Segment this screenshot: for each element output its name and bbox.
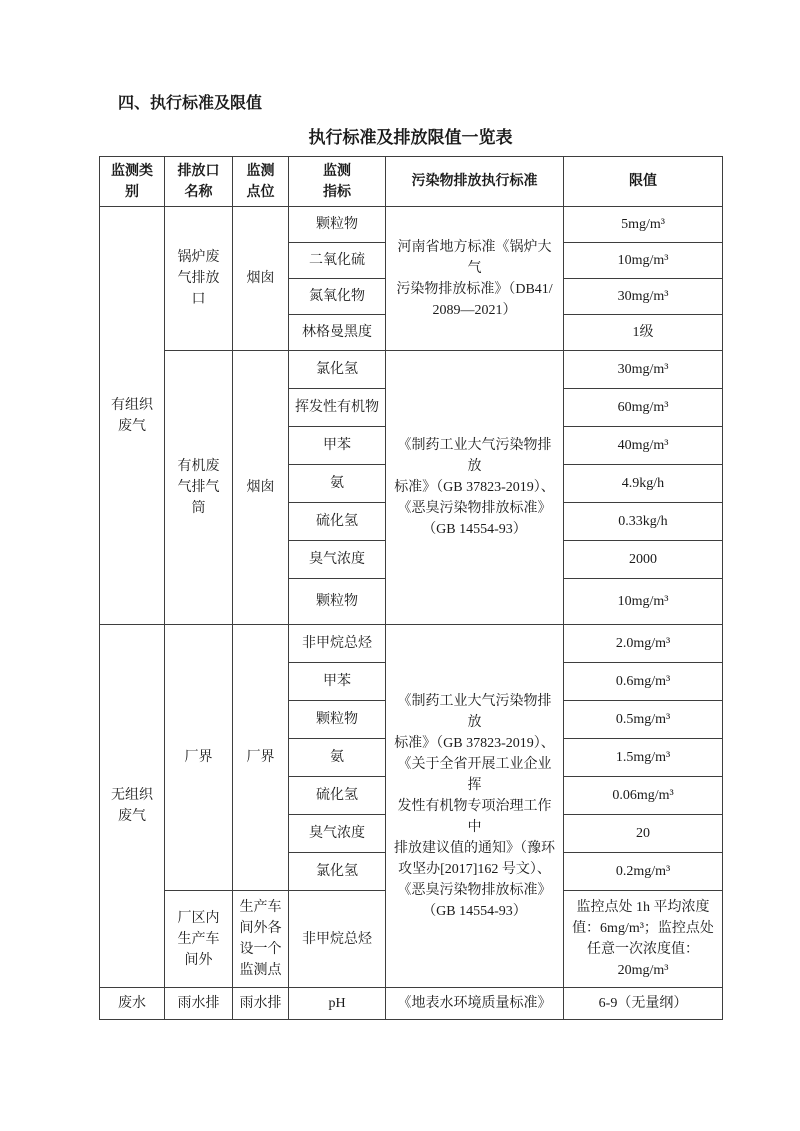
cell-standard: 《地表水环境质量标准》 [386,988,564,1020]
cell-monitor-category: 无组织废气 [100,625,165,988]
cell-indicator: 甲苯 [289,663,386,701]
cell-limit: 60mg/m³ [564,389,723,427]
cell-limit: 0.5mg/m³ [564,701,723,739]
cell-outlet-name: 厂区内生产车间外 [165,891,233,988]
cell-monitor-point: 雨水排 [233,988,289,1020]
cell-indicator: 林格曼黑度 [289,315,386,351]
table-header-row: 监测类 别 排放口 名称 监测 点位 监测 指标 污染物排放执行标准 限值 [100,157,723,207]
cell-indicator: 臭气浓度 [289,815,386,853]
cell-limit: 2000 [564,541,723,579]
cell-monitor-point: 生产车间外各设一个监测点 [233,891,289,988]
cell-monitor-category: 废水 [100,988,165,1020]
cell-monitor-point: 厂界 [233,625,289,891]
cell-standard: 河南省地方标准《锅炉大气 污染物排放标准》（DB41/ 2089—2021） [386,207,564,351]
cell-limit: 0.33kg/h [564,503,723,541]
cell-indicator: 氨 [289,739,386,777]
cell-indicator: 氯化氢 [289,351,386,389]
table-row: 无组织废气 厂界 厂界 非甲烷总烃 《制药工业大气污染物排放 标准》（GB 37… [100,625,723,663]
cell-indicator: 非甲烷总烃 [289,625,386,663]
cell-outlet-name: 厂界 [165,625,233,891]
cell-indicator: 硫化氢 [289,777,386,815]
cell-indicator: pH [289,988,386,1020]
cell-indicator: 臭气浓度 [289,541,386,579]
cell-limit: 10mg/m³ [564,243,723,279]
cell-limit: 10mg/m³ [564,579,723,625]
cell-indicator: 颗粒物 [289,579,386,625]
cell-limit: 1级 [564,315,723,351]
table-row: 有组织废气 锅炉废气排放口 烟囱 颗粒物 河南省地方标准《锅炉大气 污染物排放标… [100,207,723,243]
cell-limit: 1.5mg/m³ [564,739,723,777]
cell-indicator: 氯化氢 [289,853,386,891]
cell-outlet-name: 有机废气排气筒 [165,351,233,625]
cell-indicator: 硫化氢 [289,503,386,541]
col-header-limit: 限值 [564,157,723,207]
cell-limit: 30mg/m³ [564,351,723,389]
col-header-standard: 污染物排放执行标准 [386,157,564,207]
cell-standard: 《制药工业大气污染物排放 标准》（GB 37823-2019）、 《恶臭污染物排… [386,351,564,625]
cell-limit: 20 [564,815,723,853]
cell-limit: 30mg/m³ [564,279,723,315]
cell-limit: 0.2mg/m³ [564,853,723,891]
standards-limits-table: 监测类 别 排放口 名称 监测 点位 监测 指标 污染物排放执行标准 限值 有组… [99,156,723,1020]
cell-indicator: 非甲烷总烃 [289,891,386,988]
cell-limit: 6-9（无量纲） [564,988,723,1020]
cell-indicator: 氨 [289,465,386,503]
cell-indicator: 氮氧化物 [289,279,386,315]
cell-limit: 4.9kg/h [564,465,723,503]
cell-limit: 0.6mg/m³ [564,663,723,701]
cell-limit: 0.06mg/m³ [564,777,723,815]
cell-indicator: 挥发性有机物 [289,389,386,427]
table-row: 废水 雨水排 雨水排 pH 《地表水环境质量标准》 6-9（无量纲） [100,988,723,1020]
col-header-monitor-indicator: 监测 指标 [289,157,386,207]
cell-outlet-name: 雨水排 [165,988,233,1020]
cell-limit: 40mg/m³ [564,427,723,465]
cell-outlet-name: 锅炉废气排放口 [165,207,233,351]
cell-monitor-point: 烟囱 [233,207,289,351]
cell-monitor-category: 有组织废气 [100,207,165,625]
col-header-monitor-category: 监测类 别 [100,157,165,207]
cell-indicator: 二氧化硫 [289,243,386,279]
col-header-outlet-name: 排放口 名称 [165,157,233,207]
col-header-monitor-point: 监测 点位 [233,157,289,207]
table-title: 执行标准及排放限值一览表 [99,127,722,149]
section-heading: 四、执行标准及限值 [118,0,800,114]
cell-monitor-point: 烟囱 [233,351,289,625]
cell-indicator: 颗粒物 [289,701,386,739]
cell-limit: 2.0mg/m³ [564,625,723,663]
cell-standard: 《制药工业大气污染物排放 标准》（GB 37823-2019）、 《关于全省开展… [386,625,564,988]
table-row: 有机废气排气筒 烟囱 氯化氢 《制药工业大气污染物排放 标准》（GB 37823… [100,351,723,389]
cell-indicator: 颗粒物 [289,207,386,243]
cell-limit: 监控点处 1h 平均浓度 值：6mg/m³；监控点处 任意一次浓度值： 20mg… [564,891,723,988]
cell-indicator: 甲苯 [289,427,386,465]
cell-limit: 5mg/m³ [564,207,723,243]
document-page: 四、执行标准及限值 执行标准及排放限值一览表 监测类 别 排放口 名称 监测 点… [0,0,800,1131]
